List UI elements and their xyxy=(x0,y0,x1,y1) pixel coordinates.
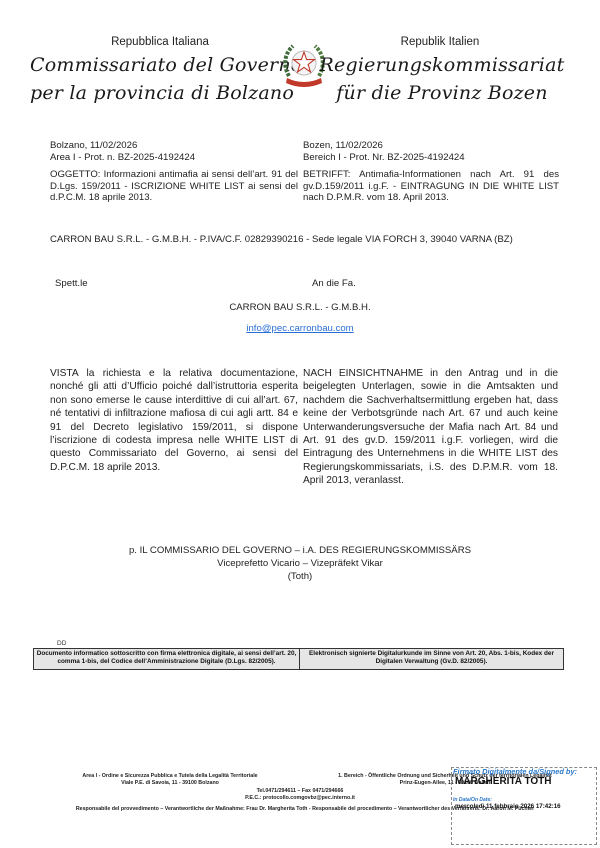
protocol-de: Bereich I - Prot. Nr. BZ-2025-4192424 xyxy=(303,152,465,164)
place-date-de: Bozen, 11/02/2026 xyxy=(303,140,383,152)
header-office-it-line2: per la provincia di Bolzano xyxy=(30,82,290,104)
digital-signature-label: Firmato Digitalmente da/Signed by: xyxy=(453,767,577,776)
footer-phone: Tel.0471/294611 – Fax 0471/294666 xyxy=(200,788,400,795)
digital-signature-date: mercoledì 11 febbraio 2026 17:42:16 xyxy=(455,803,561,810)
place-date-it: Bolzano, 11/02/2026 xyxy=(50,140,137,152)
header-office-de-line1: Regierungskommissariat xyxy=(312,54,572,76)
disclaimer-it-text: Documento informatico sottoscritto con f… xyxy=(37,650,297,665)
salutation-de: An die Fa. xyxy=(312,278,356,290)
salutation-it: Spett.le xyxy=(55,278,88,290)
protocol-it: Area I - Prot. n. BZ-2025-4192424 xyxy=(50,152,195,164)
footer-it-line1: Area I - Ordine e Sicurezza Pubblica e T… xyxy=(60,773,280,780)
header-office-de-line2: für die Provinz Bozen xyxy=(312,82,572,104)
signatory-role: Viceprefetto Vicario – Vizepräfekt Vikar xyxy=(100,557,500,570)
header-office-it-line1: Commissariato del Governo xyxy=(30,54,290,76)
digital-signature-name: MARGHERITA TOTH xyxy=(455,776,551,787)
company-line: CARRON BAU S.R.L. - G.M.B.H. - P.IVA/C.F… xyxy=(50,234,570,246)
disclaimer-it: Documento informatico sottoscritto con f… xyxy=(33,648,300,670)
signatory-title: p. IL COMMISSARIO DEL GOVERNO – i.A. DES… xyxy=(100,544,500,557)
footer-pec: P.E.C.: protocollo.comgovbz@pec.interno.… xyxy=(200,795,400,802)
header-republic-it: Repubblica Italiana xyxy=(60,36,260,48)
signatory-name: (Toth) xyxy=(100,570,500,583)
initials: DD xyxy=(57,640,66,647)
recipient-name: CARRON BAU S.R.L. - G.M.B.H. xyxy=(200,302,400,314)
subject-de: BETRIFFT: Antimafia-Informationen nach A… xyxy=(303,169,559,204)
header-republic-de: Republik Italien xyxy=(340,36,540,48)
body-de: NACH EINSICHTNAHME in den Antrag und in … xyxy=(303,367,558,488)
footer-it-line2: Viale P.E. di Savoia, 11 - 39100 Bolzano xyxy=(60,780,280,787)
disclaimer-de: Elektronisch signierte Digitalurkunde im… xyxy=(299,648,564,670)
recipient-email-link[interactable]: info@pec.carronbau.com xyxy=(200,323,400,335)
subject-it: OGGETTO: Informazioni antimafia ai sensi… xyxy=(50,169,298,204)
disclaimer-de-text: Elektronisch signierte Digitalurkunde im… xyxy=(309,650,554,665)
body-it: VISTA la richiesta e la relativa documen… xyxy=(50,367,298,474)
